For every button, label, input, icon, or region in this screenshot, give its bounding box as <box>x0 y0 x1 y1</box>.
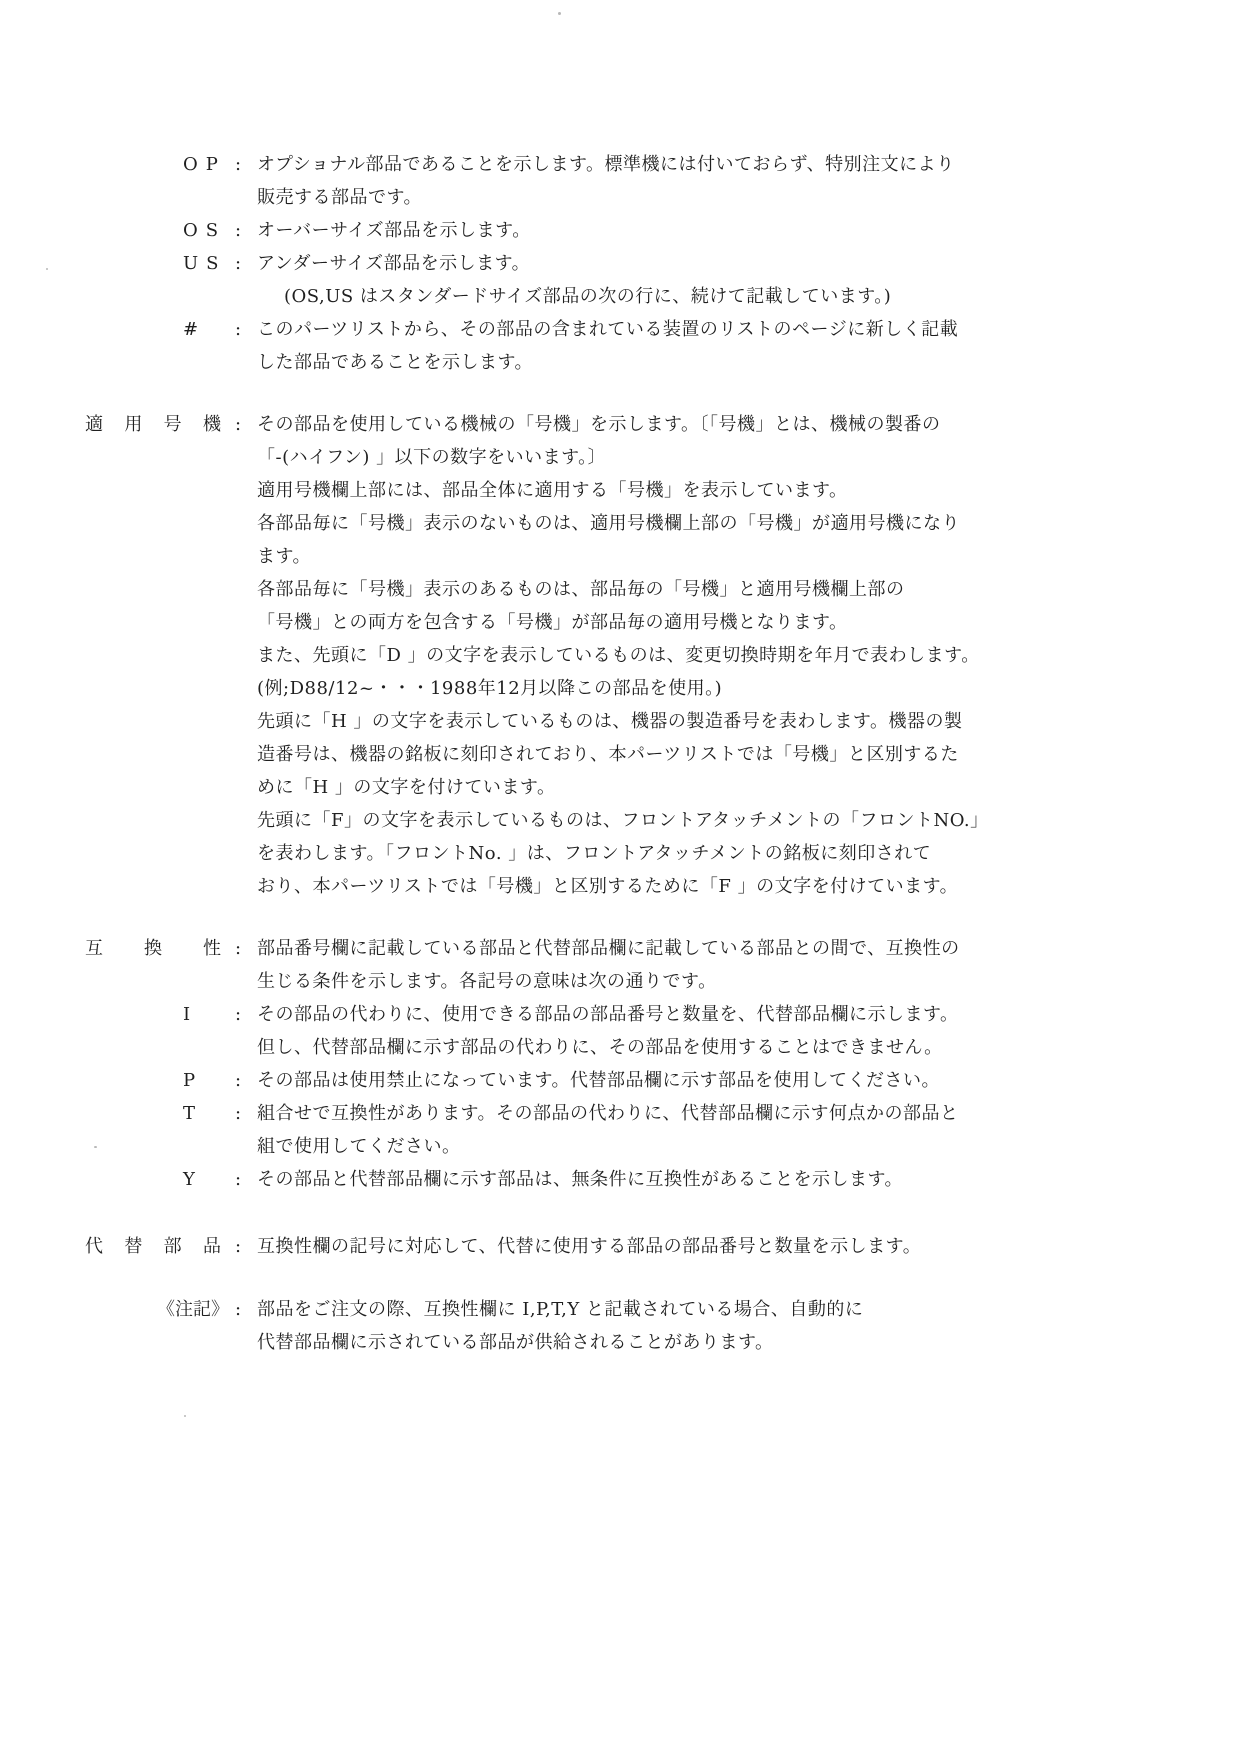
definition-text: オーバーサイズ部品を示します。 <box>257 214 1155 247</box>
definition-row: 適用号機欄上部には、部品全体に適用する「号機」を表示しています。 <box>85 474 1155 507</box>
definition-row: 代替部品 : 互換性欄の記号に対応して、代替に使用する部品の部品番号と数量を示し… <box>85 1230 1155 1263</box>
colon-separator: : <box>235 998 257 1031</box>
definition-text: 互換性欄の記号に対応して、代替に使用する部品の部品番号と数量を示します。 <box>257 1230 1155 1263</box>
definition-text: その部品と代替部品欄に示す部品は、無条件に互換性があることを示します。 <box>257 1163 1155 1196</box>
definition-text: 各部品毎に「号機」表示のあるものは、部品毎の「号機」と適用号機欄上部の <box>257 573 1155 606</box>
colon-separator: : <box>235 1230 257 1263</box>
term-label: Y <box>85 1163 235 1196</box>
definition-row: 販売する部品です。 <box>85 181 1155 214</box>
scan-speck <box>46 268 48 270</box>
definition-text: 代替部品欄に示されている部品が供給されることがあります。 <box>257 1326 1155 1359</box>
definition-text: その部品の代わりに、使用できる部品の部品番号と数量を、代替部品欄に示します。 <box>257 998 1155 1031</box>
definition-text: 組で使用してください。 <box>257 1130 1155 1163</box>
definition-text: 部品番号欄に記載している部品と代替部品欄に記載している部品との間で、互換性の <box>257 932 1155 965</box>
definition-row: した部品であることを示します。 <box>85 346 1155 379</box>
definition-row: 組で使用してください。 <box>85 1130 1155 1163</box>
term-label: OS <box>85 214 235 247</box>
colon-separator: : <box>235 313 257 346</box>
definition-row: 各部品毎に「号機」表示のあるものは、部品毎の「号機」と適用号機欄上部の <box>85 573 1155 606</box>
definition-row: 《注記》 : 部品をご注文の際、互換性欄に I,P,T,Y と記載されている場合… <box>85 1293 1155 1326</box>
definition-text: を表わします。「フロントNo. 」は、フロントアタッチメントの銘板に刻印されて <box>257 837 1155 870</box>
definition-text: (例;D88/12~・・・1988年12月以降この部品を使用。) <box>257 672 1155 705</box>
definition-text: ます。 <box>257 540 1155 573</box>
definition-row: 適用号機 : その部品を使用している機械の「号機」を示します。〔「号機」とは、機… <box>85 408 1155 441</box>
definition-row: 互換性 : 部品番号欄に記載している部品と代替部品欄に記載している部品との間で、… <box>85 932 1155 965</box>
colon-separator: : <box>235 1293 257 1326</box>
definition-row: 代替部品欄に示されている部品が供給されることがあります。 <box>85 1326 1155 1359</box>
definition-row: 生じる条件を示します。各記号の意味は次の通りです。 <box>85 965 1155 998</box>
definition-row: I : その部品の代わりに、使用できる部品の部品番号と数量を、代替部品欄に示しま… <box>85 998 1155 1031</box>
definition-row: 各部品毎に「号機」表示のないものは、適用号機欄上部の「号機」が適用号機になり <box>85 507 1155 540</box>
colon-separator: : <box>235 214 257 247</box>
definition-text: 生じる条件を示します。各記号の意味は次の通りです。 <box>257 965 1155 998</box>
definition-row: OS : オーバーサイズ部品を示します。 <box>85 214 1155 247</box>
term-label: T <box>85 1097 235 1130</box>
definition-row: 但し、代替部品欄に示す部品の代わりに、その部品を使用することはできません。 <box>85 1031 1155 1064</box>
definition-row: めに「H 」の文字を付けています。 <box>85 771 1155 804</box>
definition-row: T : 組合せで互換性があります。その部品の代わりに、代替部品欄に示す何点かの部… <box>85 1097 1155 1130</box>
term-label: P <box>85 1064 235 1097</box>
definition-text: 販売する部品です。 <box>257 181 1155 214</box>
colon-separator: : <box>235 1064 257 1097</box>
definition-text: 先頭に「F」の文字を表示しているものは、フロントアタッチメントの「フロントNO.… <box>257 804 1155 837</box>
definition-text: めに「H 」の文字を付けています。 <box>257 771 1155 804</box>
definition-text: おり、本パーツリストでは「号機」と区別するために「F 」の文字を付けています。 <box>257 870 1155 903</box>
colon-separator: : <box>235 247 257 280</box>
scan-speck <box>184 1415 186 1417</box>
term-label: # <box>85 313 235 346</box>
term-label: US <box>85 247 235 280</box>
definition-text: アンダーサイズ部品を示します。 <box>257 247 1155 280</box>
definition-text: その部品を使用している機械の「号機」を示します。〔「号機」とは、機械の製番の <box>257 408 1155 441</box>
term-label: I <box>85 998 235 1031</box>
definition-row: を表わします。「フロントNo. 」は、フロントアタッチメントの銘板に刻印されて <box>85 837 1155 870</box>
definition-text: このパーツリストから、その部品の含まれている装置のリストのページに新しく記載 <box>257 313 1155 346</box>
definition-text: 組合せで互換性があります。その部品の代わりに、代替部品欄に示す何点かの部品と <box>257 1097 1155 1130</box>
definition-row: 先頭に「F」の文字を表示しているものは、フロントアタッチメントの「フロントNO.… <box>85 804 1155 837</box>
colon-separator: : <box>235 408 257 441</box>
term-label: 適用号機 <box>85 408 235 441</box>
definition-text: した部品であることを示します。 <box>257 346 1155 379</box>
colon-separator: : <box>235 1097 257 1130</box>
definition-text: また、先頭に「D 」の文字を表示しているものは、変更切換時期を年月で表わします。 <box>257 639 1155 672</box>
term-label: 代替部品 <box>85 1230 235 1263</box>
colon-separator: : <box>235 1163 257 1196</box>
definition-row: また、先頭に「D 」の文字を表示しているものは、変更切換時期を年月で表わします。 <box>85 639 1155 672</box>
definition-text: 各部品毎に「号機」表示のないものは、適用号機欄上部の「号機」が適用号機になり <box>257 507 1155 540</box>
definition-row: # : このパーツリストから、その部品の含まれている装置のリストのページに新しく… <box>85 313 1155 346</box>
colon-separator: : <box>235 148 257 181</box>
scan-speck <box>94 1146 97 1148</box>
definition-row: おり、本パーツリストでは「号機」と区別するために「F 」の文字を付けています。 <box>85 870 1155 903</box>
definition-row: ます。 <box>85 540 1155 573</box>
term-label: 《注記》 <box>85 1293 235 1326</box>
definition-row: Y : その部品と代替部品欄に示す部品は、無条件に互換性があることを示します。 <box>85 1163 1155 1196</box>
definition-row: P : その部品は使用禁止になっています。代替部品欄に示す部品を使用してください… <box>85 1064 1155 1097</box>
definition-text: その部品は使用禁止になっています。代替部品欄に示す部品を使用してください。 <box>257 1064 1155 1097</box>
definition-text: 部品をご注文の際、互換性欄に I,P,T,Y と記載されている場合、自動的に <box>257 1293 1155 1326</box>
scan-speck <box>558 12 561 15</box>
document-page: OP : オプショナル部品であることを示します。標準機には付いておらず、特別注文… <box>0 0 1240 1753</box>
term-label: OP <box>85 148 235 181</box>
definition-row: OP : オプショナル部品であることを示します。標準機には付いておらず、特別注文… <box>85 148 1155 181</box>
definition-row: 「-(ハイフン) 」以下の数字をいいます。〕 <box>85 441 1155 474</box>
colon-separator: : <box>235 932 257 965</box>
definition-row: (OS,US はスタンダードサイズ部品の次の行に、続けて記載しています。) <box>85 280 1155 313</box>
definition-text: 先頭に「H 」の文字を表示しているものは、機器の製造番号を表わします。機器の製 <box>257 705 1155 738</box>
definition-text: 「-(ハイフン) 」以下の数字をいいます。〕 <box>257 441 1155 474</box>
definition-row: 造番号は、機器の銘板に刻印されており、本パーツリストでは「号機」と区別するた <box>85 738 1155 771</box>
definition-text: 「号機」との両方を包含する「号機」が部品毎の適用号機となります。 <box>257 606 1155 639</box>
definition-text: 但し、代替部品欄に示す部品の代わりに、その部品を使用することはできません。 <box>257 1031 1155 1064</box>
definition-row: US : アンダーサイズ部品を示します。 <box>85 247 1155 280</box>
definition-row: 「号機」との両方を包含する「号機」が部品毎の適用号機となります。 <box>85 606 1155 639</box>
definition-text: 適用号機欄上部には、部品全体に適用する「号機」を表示しています。 <box>257 474 1155 507</box>
term-label: 互換性 <box>85 932 235 965</box>
definition-row: (例;D88/12~・・・1988年12月以降この部品を使用。) <box>85 672 1155 705</box>
definition-text: オプショナル部品であることを示します。標準機には付いておらず、特別注文により <box>257 148 1155 181</box>
definition-text: 造番号は、機器の銘板に刻印されており、本パーツリストでは「号機」と区別するた <box>257 738 1155 771</box>
definition-list: OP : オプショナル部品であることを示します。標準機には付いておらず、特別注文… <box>0 0 1155 1359</box>
definition-text: (OS,US はスタンダードサイズ部品の次の行に、続けて記載しています。) <box>257 280 1155 313</box>
definition-row: 先頭に「H 」の文字を表示しているものは、機器の製造番号を表わします。機器の製 <box>85 705 1155 738</box>
